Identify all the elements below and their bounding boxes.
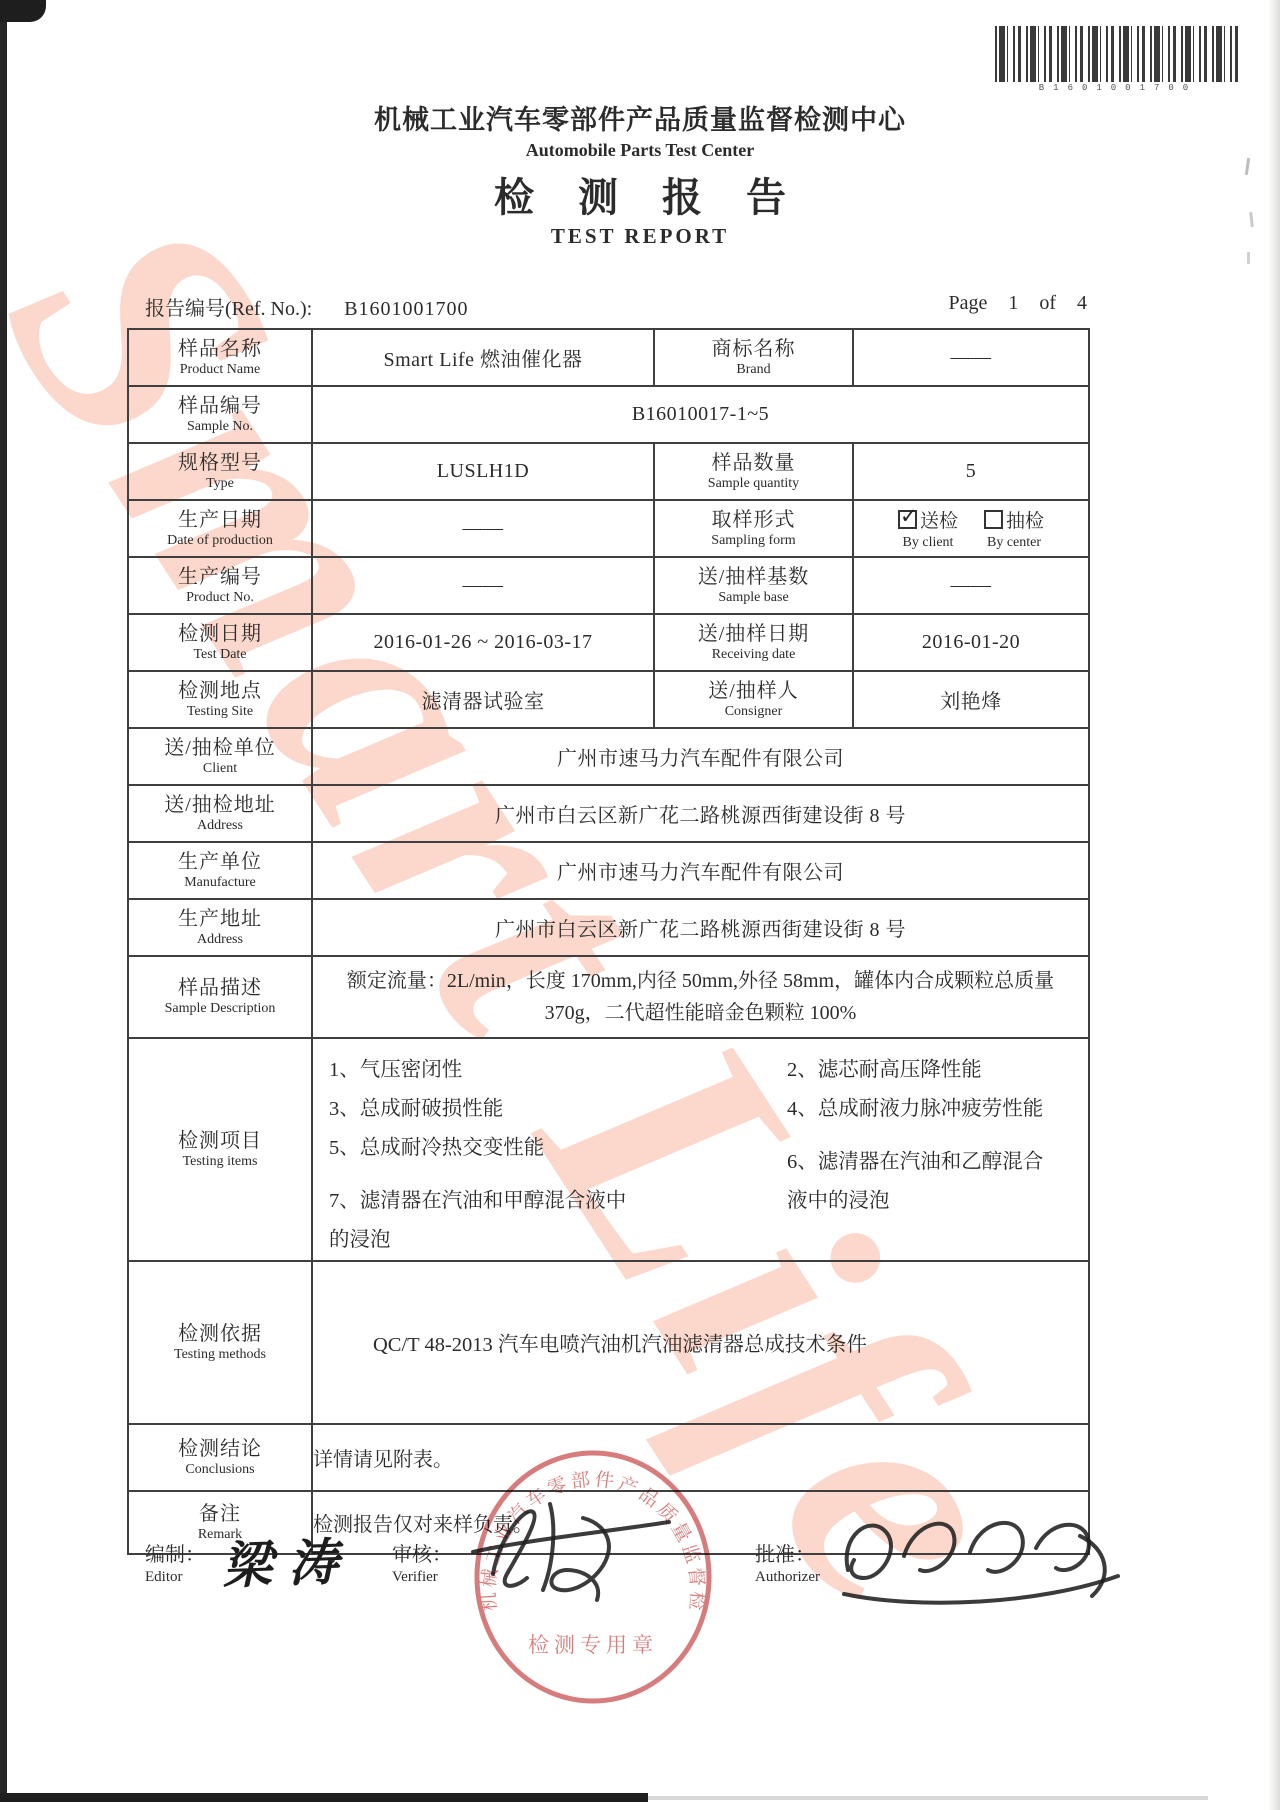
value-manufacture: 广州市速马力汽车配件有限公司 — [312, 842, 1089, 899]
report-title-en: TEST REPORT — [0, 224, 1280, 249]
value-product-name: Smart Life 燃油催化器 — [312, 329, 654, 386]
stamp-bottom-text: 检测专用章 — [528, 1633, 658, 1657]
barcode-bars — [995, 26, 1241, 82]
table-row: 生产日期 Date of production —— 取样形式 Sampling… — [128, 500, 1089, 557]
value-date-of-production: —— — [312, 500, 654, 557]
authorizer-signature — [830, 1492, 1130, 1632]
label-test-date: 检测日期 Test Date — [128, 614, 312, 671]
ref-no-value: B1601001700 — [344, 298, 468, 320]
label-manufacture: 生产单位 Manufacture — [128, 842, 312, 899]
value-client: 广州市速马力汽车配件有限公司 — [312, 728, 1089, 785]
scan-edge-right — [1268, 0, 1280, 1810]
scan-edge-bottom — [0, 1793, 648, 1802]
ref-line: 报告编号(Ref. No.):B1601001700 Page 1 of 4 — [145, 292, 1087, 321]
scan-edge-left — [0, 0, 7, 1797]
value-sample-no: B16010017-1~5 — [312, 386, 1089, 443]
table-row: 送/抽检单位 Client 广州市速马力汽车配件有限公司 — [128, 728, 1089, 785]
editor-label: 编制： Editor — [145, 1538, 205, 1586]
report-table: 样品名称 Product Name Smart Life 燃油催化器 商标名称 … — [127, 328, 1090, 1555]
label-testing-items: 检测项目 Testing items — [128, 1038, 312, 1261]
label-receiving-date: 送/抽样日期 Receiving date — [654, 614, 853, 671]
scan-edge-bottom-light — [648, 1796, 1208, 1800]
testing-item: 3、总成耐破损性能 — [329, 1090, 639, 1129]
verifier-label: 审核： Verifier — [392, 1538, 452, 1586]
label-product-name: 样品名称 Product Name — [128, 329, 312, 386]
report-title-cn: 检测报告 — [0, 166, 1280, 223]
testing-item: 2、滤芯耐高压降性能 — [787, 1051, 1059, 1090]
value-receiving-date: 2016-01-20 — [853, 614, 1089, 671]
label-testing-methods: 检测依据 Testing methods — [128, 1261, 312, 1424]
org-name-cn: 机械工业汽车零部件产品质量监督检测中心 — [0, 98, 1280, 137]
label-date-of-production: 生产日期 Date of production — [128, 500, 312, 557]
scan-corner-mark — [0, 0, 46, 22]
value-brand: —— — [853, 329, 1089, 386]
testing-item: 1、气压密闭性 — [329, 1051, 639, 1090]
testing-item: 6、滤清器在汽油和乙醇混合液中的浸泡 — [787, 1143, 1059, 1221]
value-type: LUSLH1D — [312, 443, 654, 500]
value-consigner: 刘艳烽 — [853, 671, 1089, 728]
page-indicator: Page 1 of 4 — [948, 292, 1087, 315]
page-content: B1601001700 机械工业汽车零部件产品质量监督检测中心 Automobi… — [0, 0, 1280, 1810]
value-sampling-form: ✓送检 By client 抽检 By center — [853, 500, 1089, 557]
label-type: 规格型号 Type — [128, 443, 312, 500]
testing-item: 5、总成耐冷热交变性能 — [329, 1129, 639, 1168]
report-page: Smart Life B1601001700 机械工业汽车零部件产品质量监督检测… — [0, 0, 1280, 1810]
table-row: 送/抽检地址 Address 广州市白云区新广花二路桃源西街建设街 8 号 — [128, 785, 1089, 842]
org-name-en: Automobile Parts Test Center — [0, 140, 1280, 161]
value-sample-quantity: 5 — [853, 443, 1089, 500]
checkbox-by-client-checked: ✓ — [898, 510, 917, 529]
value-testing-items: 1、气压密闭性 3、总成耐破损性能 5、总成耐冷热交变性能 7、滤清器在汽油和甲… — [312, 1038, 1089, 1261]
value-sample-base: —— — [853, 557, 1089, 614]
value-testing-site: 滤清器试验室 — [312, 671, 654, 728]
value-sample-description: 额定流量：2L/min，长度 170mm,内径 50mm,外径 58mm，罐体内… — [312, 956, 1089, 1038]
table-row: 样品名称 Product Name Smart Life 燃油催化器 商标名称 … — [128, 329, 1089, 386]
checkbox-by-center-empty — [984, 510, 1003, 529]
value-test-date: 2016-01-26 ~ 2016-03-17 — [312, 614, 654, 671]
scan-speck — [1247, 252, 1250, 264]
label-testing-site: 检测地点 Testing Site — [128, 671, 312, 728]
table-row: 样品编号 Sample No. B16010017-1~5 — [128, 386, 1089, 443]
official-stamp: 机械工业汽车零部件产品质量监督检测中心 检测专用章 — [468, 1446, 718, 1708]
table-row: 生产编号 Product No. —— 送/抽样基数 Sample base —… — [128, 557, 1089, 614]
value-testing-methods: QC/T 48-2013 汽车电喷汽油机汽油滤清器总成技术条件 — [312, 1261, 1089, 1424]
option-by-client: ✓送检 By client — [898, 506, 958, 551]
value-product-no: —— — [312, 557, 654, 614]
label-brand: 商标名称 Brand — [654, 329, 853, 386]
label-manufacture-address: 生产地址 Address — [128, 899, 312, 956]
checkmark-icon: ✓ — [900, 504, 918, 528]
label-product-no: 生产编号 Product No. — [128, 557, 312, 614]
table-row: 生产单位 Manufacture 广州市速马力汽车配件有限公司 — [128, 842, 1089, 899]
value-client-address: 广州市白云区新广花二路桃源西街建设街 8 号 — [312, 785, 1089, 842]
table-row: 检测地点 Testing Site 滤清器试验室 送/抽样人 Consigner… — [128, 671, 1089, 728]
table-row: 检测依据 Testing methods QC/T 48-2013 汽车电喷汽油… — [128, 1261, 1089, 1424]
label-conclusions: 检测结论 Conclusions — [128, 1424, 312, 1491]
table-row: 生产地址 Address 广州市白云区新广花二路桃源西街建设街 8 号 — [128, 899, 1089, 956]
table-row: 检测日期 Test Date 2016-01-26 ~ 2016-03-17 送… — [128, 614, 1089, 671]
label-client-address: 送/抽检地址 Address — [128, 785, 312, 842]
barcode-digits: B1601001700 — [995, 83, 1241, 93]
label-consigner: 送/抽样人 Consigner — [654, 671, 853, 728]
table-row: 样品描述 Sample Description 额定流量：2L/min，长度 1… — [128, 956, 1089, 1038]
option-by-center: 抽检 By center — [984, 506, 1044, 551]
testing-item: 7、滤清器在汽油和甲醇混合液中的浸泡 — [329, 1182, 639, 1260]
testing-item: 4、总成耐液力脉冲疲劳性能 — [787, 1090, 1059, 1129]
table-row: 检测项目 Testing items 1、气压密闭性 3、总成耐破损性能 5、总… — [128, 1038, 1089, 1261]
barcode: B1601001700 — [995, 26, 1241, 93]
label-sample-quantity: 样品数量 Sample quantity — [654, 443, 853, 500]
stamp-ring-text: 机械工业汽车零部件产品质量监督检测中心 — [468, 1446, 708, 1615]
label-sample-no: 样品编号 Sample No. — [128, 386, 312, 443]
ref-no-label: 报告编号(Ref. No.): — [145, 298, 312, 320]
label-sampling-form: 取样形式 Sampling form — [654, 500, 853, 557]
authorizer-label: 批准： Authorizer — [755, 1538, 820, 1586]
value-manufacture-address: 广州市白云区新广花二路桃源西街建设街 8 号 — [312, 899, 1089, 956]
table-row: 规格型号 Type LUSLH1D 样品数量 Sample quantity 5 — [128, 443, 1089, 500]
editor-signature: 梁涛 — [221, 1522, 355, 1599]
label-sample-description: 样品描述 Sample Description — [128, 956, 312, 1038]
label-sample-base: 送/抽样基数 Sample base — [654, 557, 853, 614]
svg-text:机械工业汽车零部件产品质量监督检测中心: 机械工业汽车零部件产品质量监督检测中心 — [468, 1446, 708, 1615]
label-client: 送/抽检单位 Client — [128, 728, 312, 785]
